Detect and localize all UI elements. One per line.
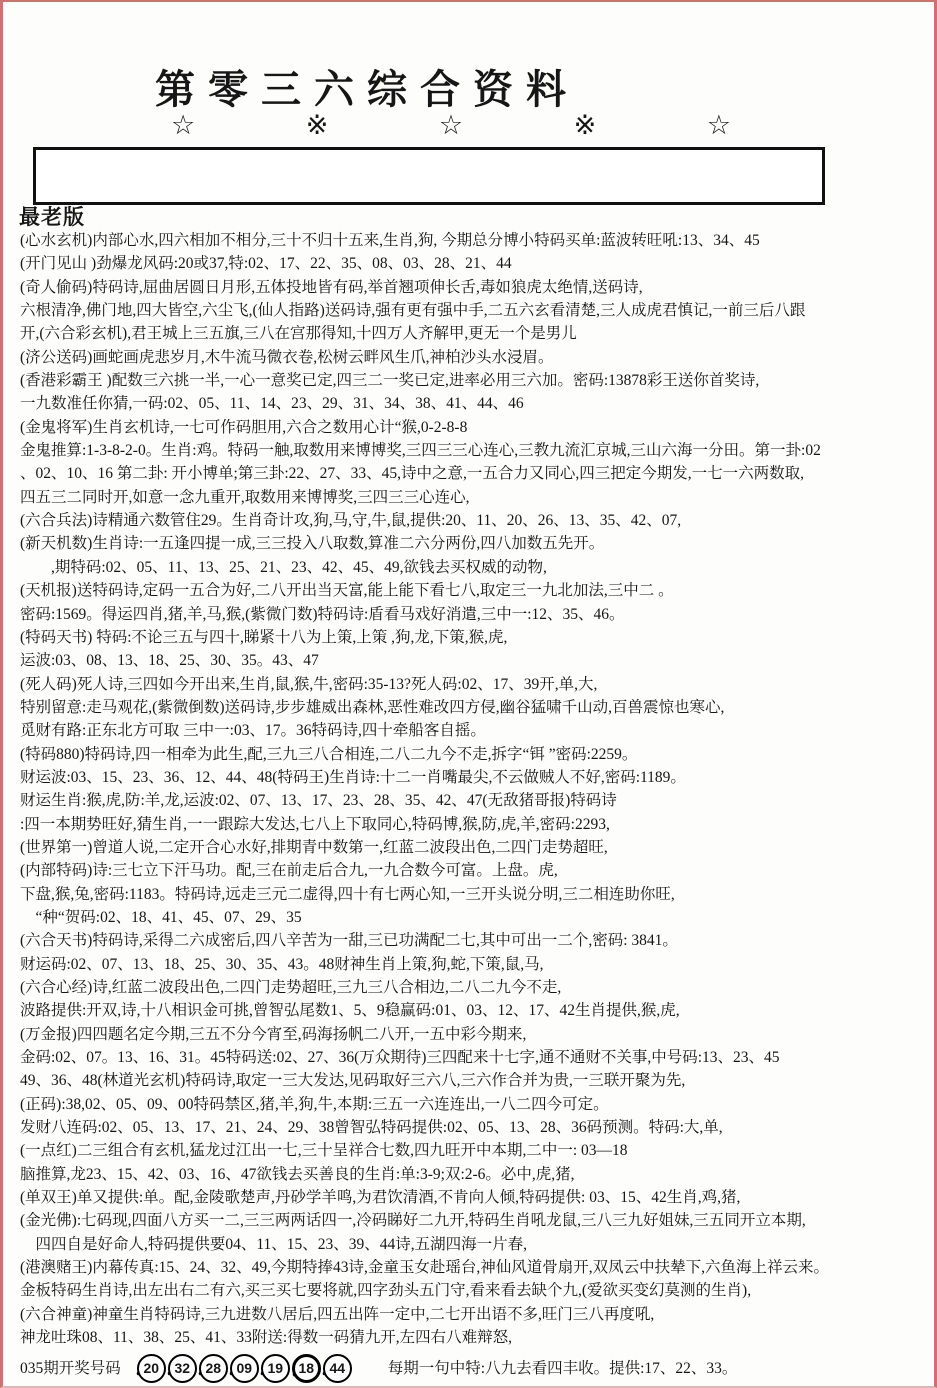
text-line: 运波:03、08、13、18、25、30、35。43、47 [20,649,936,672]
text-line: “种“贺码:02、18、41、45、07、29、35 [20,906,936,929]
special-note: 每期一句中特:八九去看四丰收。提供:17、22、33。 [388,1357,738,1380]
draw-numbers: 20322809191844 [137,1354,354,1383]
text-line: :四一本期势旺好,猜生肖,一一跟踪大发达,七八上下取同心,特码博,猴,防,虎,羊… [20,813,936,836]
lottery-ball: 09 [230,1354,259,1383]
text-line: 下盘,猴,兔,密码:1183。特码诗,远走三元二虚得,四十有七两心知,一三开头说… [20,883,936,906]
text-line: (正码):38,02、05、09、00特码禁区,猪,羊,狗,牛,本期:三五一六连… [20,1093,936,1116]
text-line: 财运生肖:猴,虎,防:羊,龙,运波:02、07、13、17、23、28、35、4… [20,789,936,812]
text-line: 密码:1569。得运四肖,猪,羊,马,猴,(紫微门数)特码诗:盾看马戏好消遣,三… [20,603,936,626]
text-line: 开,(六合彩玄机),君王城上三五旗,三八在宫那得知,十四万人齐解甲,更无一个是男… [20,322,936,345]
text-line: (新天机数)生肖诗:一五逢四提一成,三三投入八取数,算准二六分两份,四八加数五先… [20,532,936,555]
text-line: (港澳赌王)内幕传真:15、24、32、49,今期特捧43诗,金童玉女赴瑶台,神… [20,1256,936,1279]
text-line: 四四自是好命人,特码提供要04、11、15、23、39、44诗,五湖四海一片春, [20,1233,936,1256]
star-icon: ☆ [171,112,195,139]
text-line: 金鬼推算:1-3-8-2-0。生肖:鸡。特码一触,取数用来博博奖,三四三三心连心… [20,439,936,462]
star-icon: ☆ [439,112,463,139]
text-line: 四五三二同时开,如意一念九重开,取数用来博博奖,三四三三心连心, [20,486,936,509]
text-line: 觅财有路:正东北方可取 三中一:03、17。36特码诗,四十牵船客自摇。 [20,719,936,742]
star-icon: ☆ [707,112,731,139]
text-line: (济公送码)画蛇画虎悲岁月,木牛流马微衣卷,松树云畔风生爪,神柏沙头水浸眉。 [20,346,936,369]
decor-stars: ☆※☆※☆ [171,112,731,139]
text-lines: (心水玄机)内部心水,四六相加不相分,三十不归十五来,生肖,狗, 今期总分博小特… [20,229,936,1350]
text-line: (万金报)四四题名定今期,三五不分今宵至,码海扬帆二八开,一五中彩今期来, [20,1023,936,1046]
text-line: 金板特码生肖诗,出左出右二有六,买三买七要将就,四字劲头五门守,看来看去缺个九,… [20,1279,936,1302]
text-line: 特别留意:走马观花,(紫微倒数)送码诗,步步雄威出森林,恶性难改四方侵,幽谷猛啸… [20,696,936,719]
text-line: 财运波:03、15、23、36、12、44、48(特码王)生肖诗:十二一肖嘴最尖… [20,766,936,789]
text-line: (心水玄机)内部心水,四六相加不相分,三十不归十五来,生肖,狗, 今期总分博小特… [20,229,936,252]
lottery-info-sheet: 第零三六综合资料 ☆※☆※☆ 最老版 (心水玄机)内部心水,四六相加不相分,三十… [0,0,937,1388]
text-line: (一点红)二三组合有玄机,猛龙过江出一七,三十呈祥合七数,四九旺开中本期,二中一… [20,1139,936,1162]
text-line: (内部特码)诗:三七立下汗马功。配,三在前走后合九,一九合数今可富。上盘。虎, [20,859,936,882]
text-line: 脑推算,龙23、15、42、03、16、47欲钱去买善良的生肖:单:3-9;双:… [20,1163,936,1186]
text-line: (特码880)特码诗,四一相牵为此生,配,三九三八合相连,二八二九今不走,拆字“… [20,743,936,766]
draw-label: 035期开奖号码 [20,1357,121,1380]
lottery-ball: 19 [261,1354,290,1383]
lottery-ball: 32 [168,1354,197,1383]
text-line: (金光佛):七码现,四面八方买一二,三三两两话四一,冷码睇好二九开,特码生肖吼龙… [20,1209,936,1232]
text-line: ,期特码:02、05、11、13、25、21、23、42、45、49,欲钱去买权… [20,556,936,579]
text-line: 一九数准任你猜,一码:02、05、11、14、23、29、31、34、38、41… [20,392,936,415]
edition-label: 最老版 [19,201,85,231]
text-line: (单双王)单又提供:单。配,金陵歌楚声,丹砂学羊鸣,为君饮清酒,不肯向人倾,特码… [20,1186,936,1209]
text-line: 金码:02、07。13、16、31。45特码送:02、27、36(万众期待)三四… [20,1046,936,1069]
reference-mark-icon: ※ [306,112,329,139]
text-line: (六合心经)诗,红蓝二波段出色,二四门走势超旺,三九三八合相边,二八二九今不走, [20,976,936,999]
text-line: (六合兵法)诗精通六数管住29。生肖奇计攻,狗,马,守,牛,鼠,提供:20、11… [20,509,936,532]
lottery-ball: 20 [137,1354,166,1383]
text-line: 六根清净,佛门地,四大皆空,六尘飞,(仙人指路)送码诗,强有更有强中手,二五六玄… [20,299,936,322]
text-line: 发财八连码:02、05、13、17、21、24、29、38曾智弘特码提供:02、… [20,1116,936,1139]
text-line: 神龙吐珠08、11、38、25、41、33附送:得数一码猜九开,左四右八难辩怒, [20,1326,936,1349]
text-line: (金鬼将军)生肖玄机诗,一七可作码胆用,六合之数用心计“猴,0-2-8-8 [20,416,936,439]
text-line: (世界第一)曾道人说,二定开合心水好,排期青中数第一,红蓝二波段出色,二四门走势… [20,836,936,859]
text-line: (香港彩霸王 )配数三六挑一半,一心一意奖已定,四三二一奖已定,进率必用三六加。… [20,369,936,392]
reference-mark-icon: ※ [574,112,597,139]
text-line: (开门见山 )劲爆龙风码:20或37,特:02、17、22、35、08、03、2… [20,252,936,275]
text-line: (天机报)送特码诗,定码一五合为好,二八开出当天富,能上能下看七八,取定三一九北… [20,579,936,602]
text-line: 、02、10、16 第二卦: 开小博单;第三卦:22、27、33、45,诗中之意… [20,462,936,485]
text-line: 波路提供:开双,诗,十八相识金可挑,曾智弘尾数1、5、9稳赢码:01、03、12… [20,999,936,1022]
text-line: (特码天书) 特码:不论三五与四十,睇紧十八为上策,上策 ,狗,龙,下策,猴,虎… [20,626,936,649]
draw-number-row: 035期开奖号码 20322809191844 每期一句中特:八九去看四丰收。提… [20,1352,936,1386]
notice-box [33,147,825,205]
text-line: (六合天书)特码诗,采得二六成密后,四八辛苦为一甜,三已功满配二七,其中可出一二… [20,929,936,952]
page-title: 第零三六综合资料 [155,58,579,115]
lottery-ball: 44 [323,1354,352,1383]
text-line: (奇人偷码)特码诗,屈曲居圆日月形,五体投地皆有码,举首翘项伸长舌,毒如狼虎太绝… [20,276,936,299]
text-line: 49、36、48(林道光玄机)特码诗,取定一三大发达,见码取好三六八,三六作合并… [20,1069,936,1092]
text-line: 财运码:02、07、13、18、25、30、35、43。48财神生肖上策,狗,蛇… [20,953,936,976]
text-line: (六合神童)神童生肖特码诗,三九进数八居后,四五出阵一定中,二七开出语不多,旺门… [20,1303,936,1326]
lottery-ball: 28 [199,1354,228,1383]
body-text: (心水玄机)内部心水,四六相加不相分,三十不归十五来,生肖,狗, 今期总分博小特… [20,229,936,1386]
text-line: (死人码)死人诗,三四如今开出来,生肖,鼠,猴,牛,密码:35-13?死人码:0… [20,673,936,696]
lottery-ball-special: 18 [292,1354,321,1383]
